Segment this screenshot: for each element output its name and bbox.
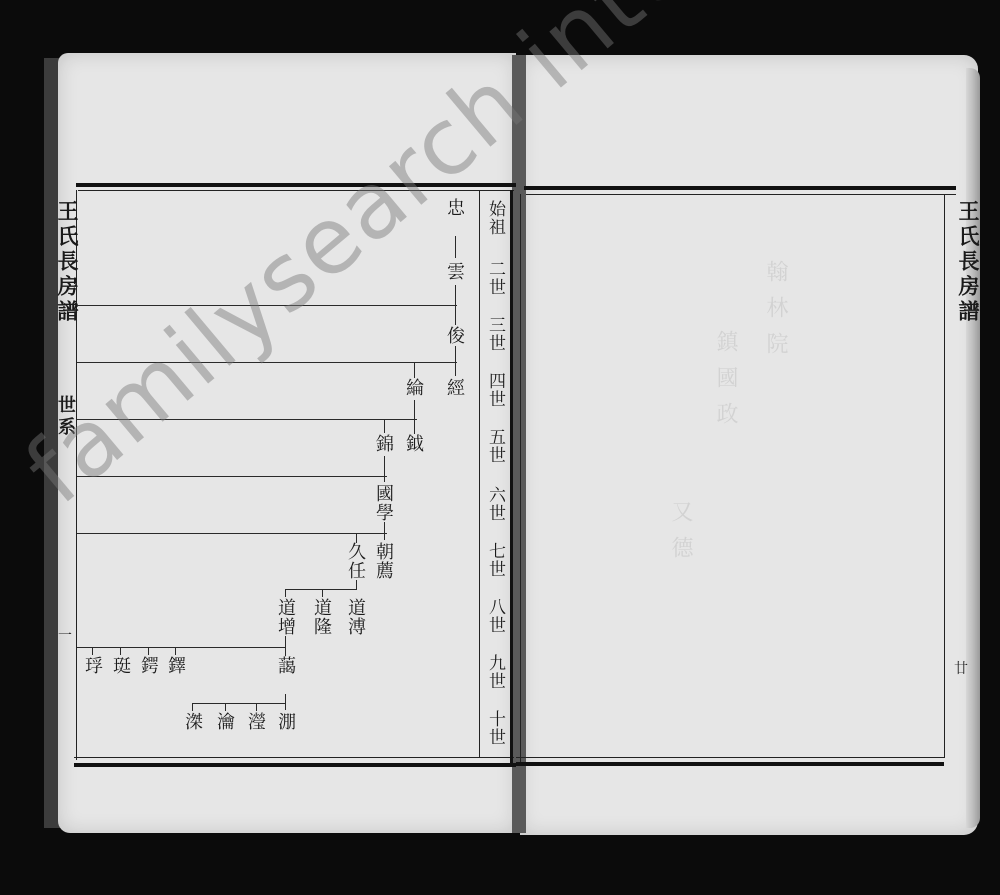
left-margin-title: 王氏長房譜 xyxy=(52,200,82,325)
generation-label: 始祖 xyxy=(486,200,503,236)
generation-label: 八世 xyxy=(486,598,503,634)
row-line xyxy=(77,362,457,363)
person-name: 鍔 xyxy=(139,656,157,675)
bleed-through-text: 鎮國政 xyxy=(710,330,741,438)
generation-column-divider xyxy=(479,190,480,757)
row-line xyxy=(77,476,387,477)
right-frame-top-thin xyxy=(526,194,956,195)
tree-link xyxy=(455,346,456,376)
row-line xyxy=(77,419,417,420)
person-name: 國學 xyxy=(374,484,392,522)
tree-link xyxy=(192,703,193,711)
generation-label: 五世 xyxy=(486,428,503,464)
tree-link xyxy=(225,703,226,711)
person-name: 瀅 xyxy=(246,712,264,731)
person-name: 道溥 xyxy=(346,598,364,636)
person-name: 琈 xyxy=(83,656,101,675)
tree-link xyxy=(455,285,456,325)
right-page-edges xyxy=(966,68,980,828)
generation-label: 九世 xyxy=(486,654,503,690)
generation-label: 三世 xyxy=(486,316,503,352)
person-name: 俊 xyxy=(445,326,463,345)
tree-link xyxy=(285,636,286,656)
tree-branch xyxy=(356,533,385,534)
person-name: 綸 xyxy=(404,378,422,397)
bleed-through-text: 翰林院 xyxy=(760,260,791,368)
left-frame-top-thin xyxy=(78,190,514,191)
tree-link xyxy=(384,522,385,540)
person-name: 經 xyxy=(445,378,463,397)
person-name: 鉞 xyxy=(404,434,422,453)
tree-link xyxy=(285,694,286,710)
tree-link xyxy=(120,647,121,655)
right-frame-right xyxy=(944,194,945,758)
right-frame-top-thick xyxy=(524,186,956,190)
person-name: 藹 xyxy=(276,656,294,675)
tree-branch xyxy=(414,362,456,363)
generation-label: 七世 xyxy=(486,542,503,578)
generation-label: 二世 xyxy=(486,260,503,296)
row-line xyxy=(77,533,387,534)
generation-label: 六世 xyxy=(486,486,503,522)
person-name: 雲 xyxy=(445,262,463,281)
tree-link xyxy=(175,647,176,655)
person-name: 忠 xyxy=(445,198,463,217)
tree-branch xyxy=(192,703,285,704)
person-name: 朝薦 xyxy=(374,542,392,580)
tree-link xyxy=(285,589,286,597)
tree-link xyxy=(384,419,385,433)
left-frame-bottom-thin xyxy=(74,757,514,758)
tree-link xyxy=(414,400,415,434)
right-frame-left xyxy=(520,194,521,764)
person-name: 珽 xyxy=(111,656,129,675)
tree-link xyxy=(148,647,149,655)
left-frame-bottom-thick xyxy=(74,763,516,767)
tree-branch xyxy=(384,419,415,420)
left-frame-right xyxy=(510,190,513,763)
left-margin-section: 世系 xyxy=(52,395,78,439)
right-frame-bottom-thin xyxy=(516,757,944,758)
right-page xyxy=(520,55,978,835)
tree-link xyxy=(384,456,385,482)
generation-label: 十世 xyxy=(486,710,503,746)
person-name: 鐸 xyxy=(166,656,184,675)
tree-link xyxy=(414,362,415,378)
person-name: 久任 xyxy=(346,542,364,580)
tree-link xyxy=(256,703,257,711)
right-frame-bottom-thick xyxy=(516,762,944,766)
row-line xyxy=(77,305,457,306)
tree-branch xyxy=(285,589,357,590)
tree-link xyxy=(455,236,456,258)
left-frame-top-thick xyxy=(76,183,516,187)
person-name: 道增 xyxy=(276,598,294,636)
person-name: 瀹 xyxy=(215,712,233,731)
left-margin-folio: 一 xyxy=(58,625,72,645)
person-name: 淜 xyxy=(276,712,294,731)
tree-link xyxy=(322,589,323,597)
tree-branch xyxy=(77,647,286,648)
person-name: 道隆 xyxy=(312,598,330,636)
right-margin-folio: 廿 xyxy=(954,658,968,678)
bleed-through-text: 又德 xyxy=(665,500,696,572)
book-gutter xyxy=(512,55,526,833)
person-name: 錦 xyxy=(374,434,392,453)
generation-label: 四世 xyxy=(486,372,503,408)
tree-link xyxy=(92,647,93,655)
right-margin-title: 王氏長房譜 xyxy=(953,200,983,325)
person-name: 滐 xyxy=(183,712,201,731)
